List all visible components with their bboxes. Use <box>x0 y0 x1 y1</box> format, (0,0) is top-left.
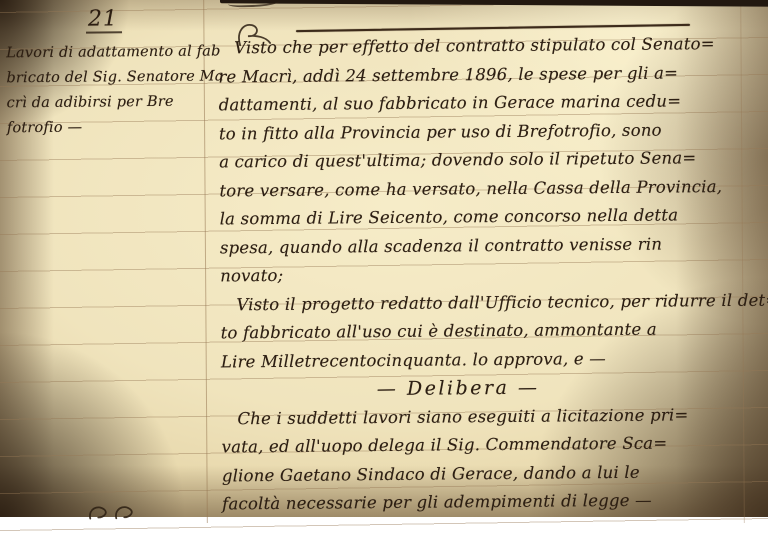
manuscript-line: Visto il progetto redatto dall'Ufficio t… <box>220 286 764 319</box>
manuscript-line: Visto che per effetto del contratto stip… <box>218 30 762 63</box>
manuscript-page-photo: 21 Lavori di adattamento al fab bricato … <box>0 0 768 517</box>
margin-note-line: crì da adibirsi per Bre <box>7 90 203 117</box>
margin-column: 21 Lavori di adattamento al fab bricato … <box>6 4 203 142</box>
manuscript-line: facoltà necessarie per gli adempimenti d… <box>222 486 766 517</box>
deliberation-text: Visto che per effetto del contratto stip… <box>218 30 766 517</box>
margin-note-line: bricato del Sig. Senatore Ma <box>6 65 202 92</box>
entry-number: 21 <box>6 4 202 36</box>
margin-note-line: Lavori di adattamento al fab <box>6 40 202 67</box>
manuscript-line: dattamenti, al suo fabbricato in Gerace … <box>219 87 763 120</box>
manuscript-line: a carico di quest'ultima; dovendo solo i… <box>219 144 763 177</box>
manuscript-line: tore versare, come ha versato, nella Cas… <box>219 172 763 205</box>
margin-note: Lavori di adattamento al fab bricato del… <box>6 40 203 142</box>
partial-ink-stroke-next-entry <box>86 501 156 517</box>
margin-note-line: fotrofio — <box>7 115 203 142</box>
manuscript-line: Che i suddetti lavori siano eseguiti a l… <box>221 400 765 433</box>
ink-flourish-above-visto <box>234 21 274 47</box>
